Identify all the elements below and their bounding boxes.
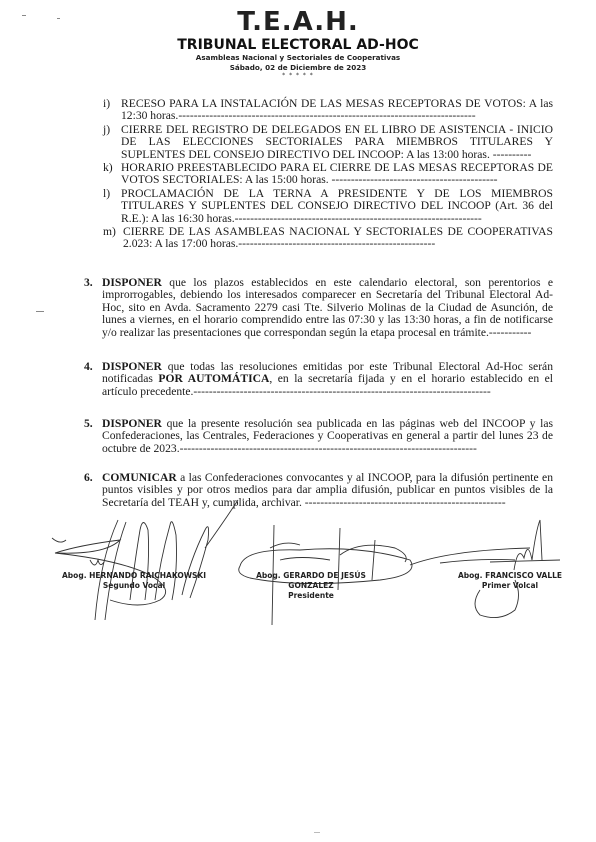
signatory-name: Abog. FRANCISCO VALLE bbox=[440, 571, 580, 581]
scan-speck bbox=[22, 15, 26, 16]
handwritten-signatures bbox=[0, 0, 596, 842]
scan-speck bbox=[36, 311, 44, 312]
signatory-name: Abog. HERNANDO RAICHAKOWSKI bbox=[44, 571, 224, 581]
scan-speck bbox=[314, 832, 320, 833]
signatory-role: Primer Volcal bbox=[440, 581, 580, 591]
signatory-center: Abog. GERARDO DE JESÚS GONZALEZ Presiden… bbox=[236, 571, 386, 601]
signatory-role: Presidente bbox=[236, 591, 386, 601]
signatory-role: Segundo Vocal bbox=[44, 581, 224, 591]
signatory-left: Abog. HERNANDO RAICHAKOWSKI Segundo Voca… bbox=[44, 571, 224, 591]
signatory-right: Abog. FRANCISCO VALLE Primer Volcal bbox=[440, 571, 580, 591]
signatory-name: Abog. GERARDO DE JESÚS GONZALEZ bbox=[236, 571, 386, 591]
scan-speck bbox=[57, 18, 60, 19]
